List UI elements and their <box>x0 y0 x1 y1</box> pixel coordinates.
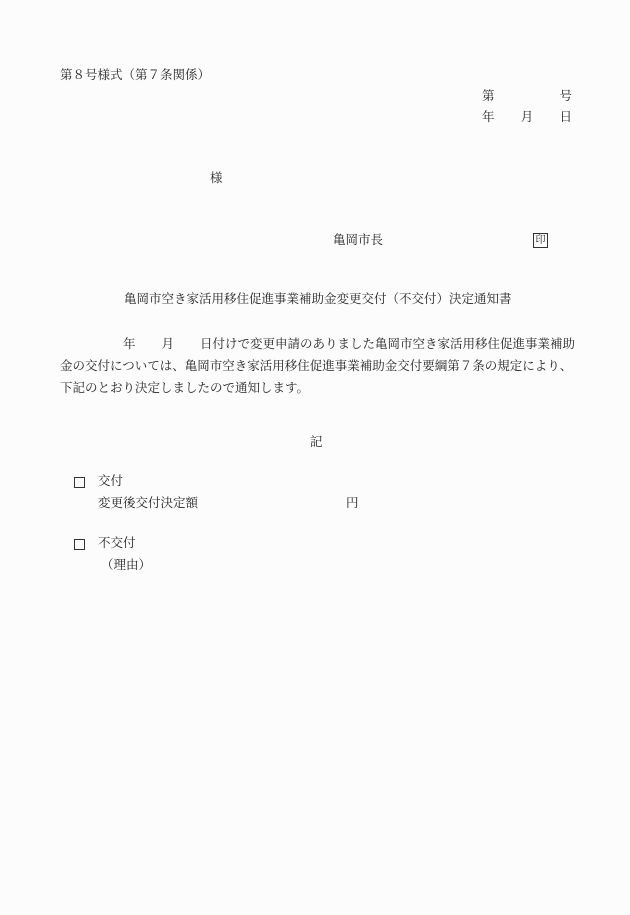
body-line-1: 年月日付けで変更申請のありました亀岡市空き家活用移住促進事業補助 <box>60 333 580 355</box>
document-date-row: 年 月 日 <box>482 111 572 124</box>
ki-heading: 記 <box>310 436 323 449</box>
document-title: 亀岡市空き家活用移住促進事業補助金変更交付（不交付）決定通知書 <box>124 293 512 306</box>
option-no-grant-label: 不交付 <box>98 537 136 550</box>
body-line-1-text: 日付けで変更申請のありました亀岡市空き家活用移住促進事業補助 <box>200 336 575 351</box>
seal-icon: 印 <box>533 233 548 248</box>
document-number-row: 第 号 <box>482 90 572 103</box>
changed-grant-amount-label: 変更後交付決定額 <box>98 497 198 510</box>
yen-unit: 円 <box>346 497 359 510</box>
checkbox-grant[interactable] <box>74 477 85 488</box>
body-year: 年 <box>123 336 136 351</box>
number-prefix: 第 <box>482 90 495 103</box>
date-day: 日 <box>559 111 572 124</box>
body-line-3: 下記のとおり決定しましたので通知します。 <box>60 377 580 399</box>
sender-name: 亀岡市長 <box>333 234 383 247</box>
checkbox-no-grant[interactable] <box>74 539 85 550</box>
body-month: 月 <box>162 336 175 351</box>
addressee-suffix: 様 <box>210 172 223 185</box>
date-month: 月 <box>521 111 534 124</box>
form-label: 第８号様式（第７条関係） <box>60 69 210 82</box>
reason-label: （理由） <box>101 559 151 572</box>
body-paragraph: 年月日付けで変更申請のありました亀岡市空き家活用移住促進事業補助 金の交付につい… <box>60 333 580 399</box>
body-line-2: 金の交付については、亀岡市空き家活用移住促進事業補助金交付要綱第７条の規定により… <box>60 355 580 377</box>
date-year: 年 <box>482 111 495 124</box>
option-grant-label: 交付 <box>98 475 123 488</box>
number-suffix: 号 <box>559 90 572 103</box>
